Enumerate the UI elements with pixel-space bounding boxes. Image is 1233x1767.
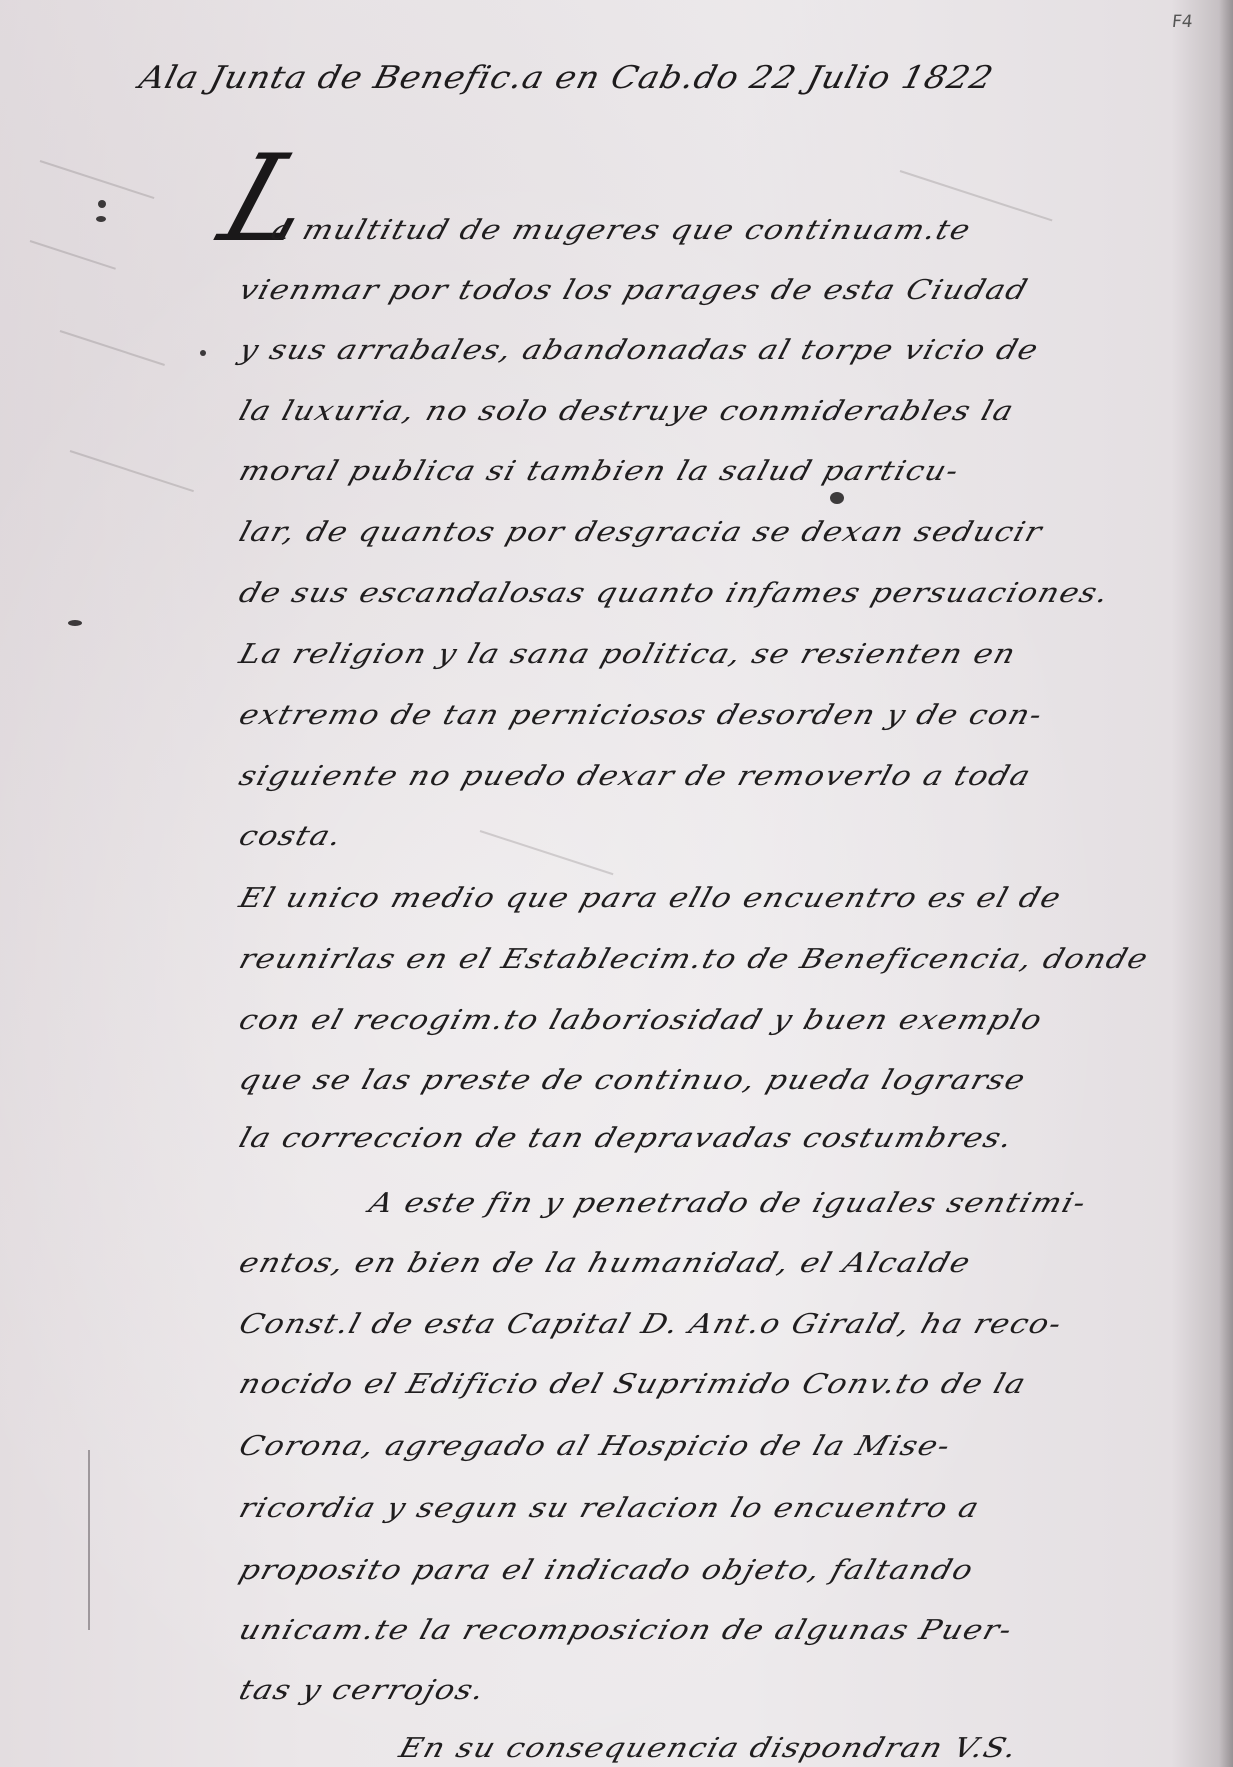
text-line: nocido el Edificio del Suprimido Conv.to… bbox=[235, 1368, 1214, 1400]
text-line: que se las preste de continuo, pueda log… bbox=[235, 1064, 1214, 1096]
text-line: A este fin y penetrado de iguales sentim… bbox=[365, 1187, 1214, 1219]
text-line: La religion y la sana politica, se resie… bbox=[235, 638, 1214, 670]
ink-blot bbox=[96, 216, 106, 222]
bleed-through-mark bbox=[70, 450, 194, 492]
ink-blot bbox=[98, 200, 106, 208]
text-line: moral publica si tambien la salud partic… bbox=[235, 455, 1214, 487]
text-line: proposito para el indicado objeto, falta… bbox=[235, 1554, 1214, 1586]
text-line: tas y cerrojos. bbox=[235, 1674, 1214, 1706]
bleed-through-mark bbox=[40, 160, 155, 199]
text-line: y sus arrabales, abandonadas al torpe vi… bbox=[235, 334, 1214, 366]
text-line: Const.l de esta Capital D. Ant.o Girald,… bbox=[235, 1308, 1214, 1340]
text-line: siguiente no puedo dexar de removerlo a … bbox=[235, 760, 1214, 792]
ink-blot bbox=[200, 350, 206, 356]
folio-number: F4 bbox=[1171, 12, 1194, 32]
bleed-through-mark bbox=[30, 240, 116, 270]
text-line: costa. bbox=[235, 820, 1214, 852]
bleed-through-mark bbox=[60, 330, 165, 366]
text-line: En su consequencia dispondran V.S. bbox=[395, 1732, 1204, 1764]
text-line: reunirlas en el Establecim.to de Benefic… bbox=[235, 943, 1214, 975]
text-line: la correccion de tan depravadas costumbr… bbox=[235, 1122, 1214, 1154]
text-line: ricordia y segun su relacion lo encuentr… bbox=[235, 1492, 1214, 1524]
text-line: la luxuria, no solo destruye conmiderabl… bbox=[235, 395, 1214, 427]
text-line: unicam.te la recomposicion de algunas Pu… bbox=[235, 1614, 1214, 1646]
text-line: extremo de tan perniciosos desorden y de… bbox=[235, 699, 1214, 731]
text-line: vienmar por todos los parages de esta Ci… bbox=[235, 274, 1214, 306]
text-line: entos, en bien de la humanidad, el Alcal… bbox=[235, 1247, 1214, 1279]
ink-blot bbox=[68, 620, 82, 626]
text-line: con el recogim.to laboriosidad y buen ex… bbox=[235, 1004, 1214, 1036]
text-line: Corona, agregado al Hospicio de la Mise- bbox=[235, 1430, 1214, 1462]
ink-blot bbox=[830, 492, 844, 504]
text-line: El unico medio que para ello encuentro e… bbox=[235, 882, 1214, 914]
page-edge-shadow bbox=[1219, 0, 1233, 1767]
text-line: lar, de quantos por desgracia se dexan s… bbox=[235, 516, 1214, 548]
text-line: a multitud de mugeres que continuam.te bbox=[267, 214, 1233, 246]
text-line: de sus escandalosas quanto infames persu… bbox=[235, 577, 1214, 609]
manuscript-page: F4 Ala Junta de Benefic.a en Cab.do 22 J… bbox=[0, 0, 1233, 1767]
margin-mark bbox=[88, 1450, 90, 1630]
document-header: Ala Junta de Benefic.a en Cab.do 22 Juli… bbox=[135, 60, 1224, 97]
